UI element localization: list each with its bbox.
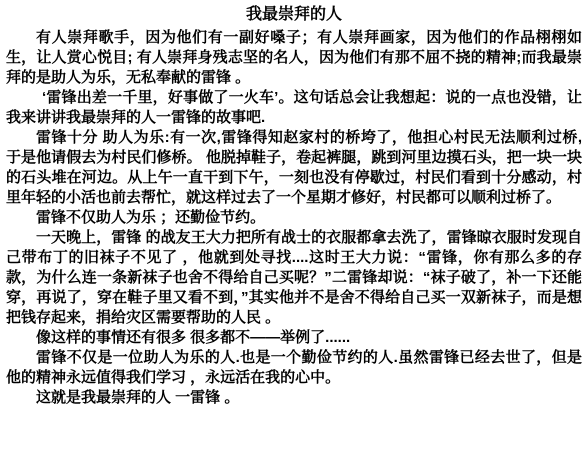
paragraph-more-examples: 像这样的事情还有很多 很多都不——举例了...... bbox=[6, 328, 582, 348]
document-page: 我最崇拜的人 有人崇拜歌手，因为他们有一副好嗓子；有人崇拜画家，因为他们的作品栩… bbox=[0, 0, 588, 476]
document-body: 有人崇拜歌手，因为他们有一副好嗓子；有人崇拜画家，因为他们的作品栩栩如生，让人赏… bbox=[6, 28, 582, 408]
paragraph-intro: 有人崇拜歌手，因为他们有一副好嗓子；有人崇拜画家，因为他们的作品栩栩如生，让人赏… bbox=[6, 28, 582, 88]
paragraph-socks-story: 一天晚上，雷锋 的战友王大力把所有战士的衣服都拿去洗了，雷锋晾衣服时发现自己带布… bbox=[6, 228, 582, 328]
document-title: 我最崇拜的人 bbox=[6, 5, 582, 25]
paragraph-closing: 这就是我最崇拜的人 一雷锋 。 bbox=[6, 388, 582, 408]
paragraph-bridge-story: 雷锋十分 助人为乐:有一次,雷锋得知赵家村的桥垮了，他担心村民无法顺利过桥, 于… bbox=[6, 128, 582, 208]
paragraph-summary: 雷锋不仅是一位助人为乐的人.也是一个勤俭节约的人.虽然雷锋已经去世了，但是他的精… bbox=[6, 348, 582, 388]
paragraph-thrifty-lead: 雷锋不仅助人为乐 ；还勤俭节约。 bbox=[6, 208, 582, 228]
paragraph-quote: ‘雷锋出差一千里，好事做了一火车’。这句话总会让我想起：说的一点也没错，让我来讲… bbox=[6, 88, 582, 128]
